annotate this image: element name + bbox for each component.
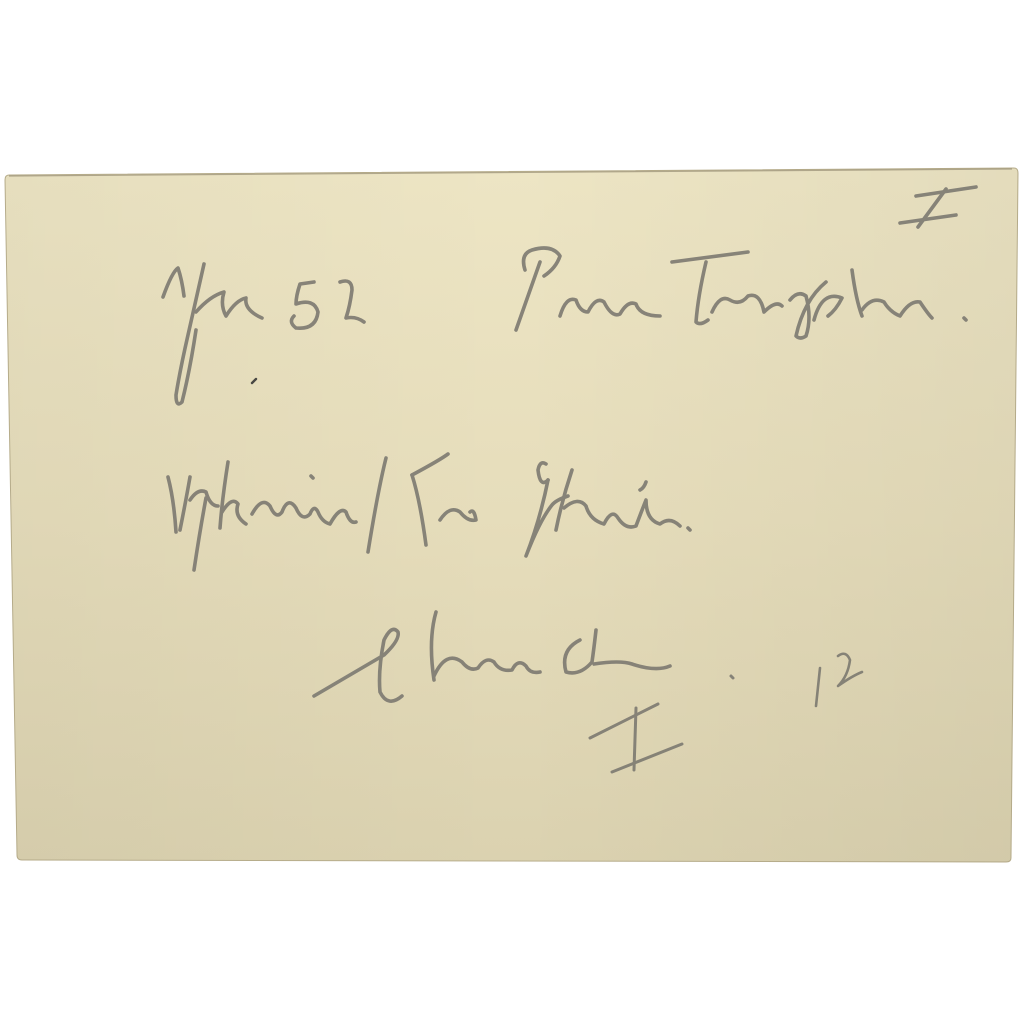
photo-stage: I Ju 52 Para Troepen. Kijkduin / Ter Hei… bbox=[0, 0, 1024, 1024]
index-card: I Ju 52 Para Troepen. Kijkduin / Ter Hei… bbox=[0, 0, 1024, 1024]
card-graphic bbox=[0, 0, 1024, 1024]
